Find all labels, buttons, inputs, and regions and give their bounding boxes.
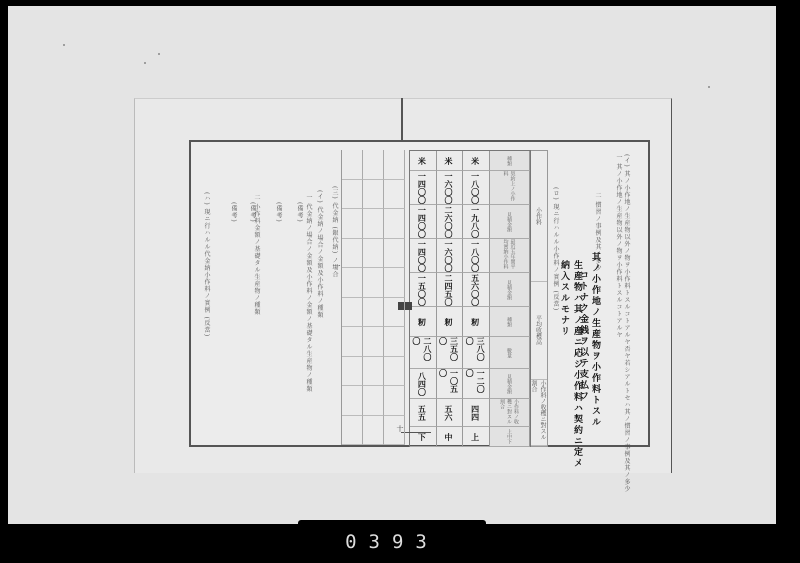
cell-contract-qty-mid: 一六〇〇 [437, 171, 464, 205]
cell-yield-value-low: 八四〇 [410, 369, 437, 399]
handwritten-answer-1a: 其ノ小作地ノ生産物ヲ小作料トスル [589, 252, 602, 428]
header-actual: 最近五年間平均實納小作料 [490, 239, 530, 273]
cell-yield-qty-low: 二八〇〇 [410, 337, 437, 369]
cell-ratio-low: 五五 [410, 399, 437, 427]
cell-actual-value-low: 一五〇〇 [410, 273, 437, 307]
header-yield-value: 見積金額 [490, 369, 530, 399]
cell-yield-qty-mid: 三五〇〇 [437, 337, 464, 369]
survey-form-sheet: (イ) 其ノ小作地ノ生産物以外ノ物ヲ小作料トスルコトアルヤ否ヤ若シアルトセハ其ノ… [189, 140, 650, 447]
table-title: 小作料 [529, 151, 547, 282]
cell-crop-high: 籾 [463, 307, 490, 337]
section-ro-heading: (ロ) 現ニ行ハルル小作料ノ實例 (反當) [551, 187, 560, 311]
item1-note: (備考) [295, 202, 304, 223]
item2-note2: (備考) [229, 202, 238, 223]
cell-actual-value-mid: 二四五〇 [437, 273, 464, 307]
item2-note: (備考) [248, 202, 257, 223]
film-frame-label: 0393 [298, 520, 486, 563]
section-ii-heading: 二 慣習ノ事例及其ノ多少 [593, 192, 602, 272]
cell-contract-value-high: 一九八〇 [463, 205, 490, 239]
section-ha-heading: (ハ) 現ニ行ハルル代金納小作料ノ實例 (反當) [202, 192, 211, 337]
section-i2-heading: (イ) 代金納ノ場合ノ金額及小作料ノ種類 [315, 190, 324, 319]
cell-crop-low: 籾 [410, 307, 437, 337]
cell-contract-qty-high: 一八〇〇 [463, 171, 490, 205]
header-grade: 上中下 [490, 427, 530, 447]
cell-type-high: 米 [463, 151, 490, 171]
cell-actual-qty-mid: 一六〇〇 [437, 239, 464, 273]
header-crop-type: 種類 [490, 307, 530, 337]
cell-actual-value-high: 五六〇〇 [463, 273, 490, 307]
cell-grade-high: 上 [463, 427, 490, 447]
row-marker-line [401, 432, 431, 433]
header-ratio-values: 小作料ノ收穫ニ對スル割合 [490, 399, 530, 427]
cell-actual-qty-low: 一四〇〇 [410, 239, 437, 273]
rent-examples-table: 米 米 米 種類 一四〇〇 一六〇〇 一八〇〇 契約上ノ小作料 一四〇〇 二六〇… [409, 150, 531, 447]
cell-yield-qty-high: 三八〇〇 [463, 337, 490, 369]
cell-yield-value-mid: 一〇五〇 [437, 369, 464, 399]
handwritten-answer-2a: 生産物ハ其ノ産ニ応ジ小作料ハ契約ニ定メ [571, 260, 584, 469]
header-yield-qty: 數量 [490, 337, 530, 369]
cell-crop-mid: 籾 [437, 307, 464, 337]
cell-contract-value-mid: 二六〇〇 [437, 205, 464, 239]
cell-grade-low: 下 [410, 427, 437, 447]
section-i-heading: (イ) 其ノ小作地ノ生産物以外ノ物ヲ小作料トスルコトアルヤ否ヤ若シアルトセハ其ノ… [622, 154, 631, 493]
header-avg-yield: 平均收穫高 [529, 282, 547, 380]
cell-type-low: 米 [410, 151, 437, 171]
section-san-mark: 一 [331, 262, 342, 271]
cell-ratio-high: 四四 [463, 399, 490, 427]
header-ratio: 小作料ノ收穫ニ對スル割合 [529, 380, 547, 446]
header-actual-value: 見積金額 [490, 273, 530, 307]
cell-contract-qty-low: 一四〇〇 [410, 171, 437, 205]
item1-text: 一 代金納ノ場合ノ金額及小作料ノ金額ノ基礎タル生産物ノ種類 [304, 194, 313, 393]
item1-note2: (備考) [274, 202, 283, 223]
header-type: 種類 [490, 151, 530, 171]
cell-actual-qty-high: 一八〇〇 [463, 239, 490, 273]
header-contract: 契約上ノ小作料 [490, 171, 530, 205]
cell-grade-mid: 中 [437, 427, 464, 447]
section-i-item1: 一 其ノ小作地ノ生産物以外ノ物ヲ小作料トスルコトアルヤ [614, 154, 623, 339]
cell-ratio-mid: 五六 [437, 399, 464, 427]
header-contract-value: 見積金額 [490, 205, 530, 239]
cell-yield-value-high: 一二〇〇 [463, 369, 490, 399]
cell-type-mid: 米 [437, 151, 464, 171]
empty-grid-table [341, 150, 405, 445]
cell-contract-value-low: 一四〇〇 [410, 205, 437, 239]
table-title-column: 小作料 平均收穫高 小作料ノ收穫ニ對スル割合 [529, 150, 548, 447]
frame-number: 0393 [345, 531, 439, 553]
